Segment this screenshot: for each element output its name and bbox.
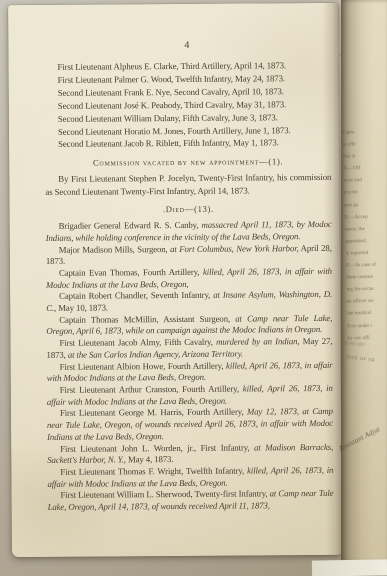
died-entry: First Lieutenant Thomas F. Wright, Twelf… — [47, 465, 333, 490]
adjacent-page-fragment: Fort under r — [347, 319, 387, 332]
adjacent-page-fragment: ly reported — [345, 246, 387, 259]
died-entry: First Lieutenant Jacob Almy, Fifth Caval… — [46, 336, 332, 361]
adjacent-page-edge: Captate effedial AII.—Offwise and(ructio… — [341, 0, 387, 562]
adjacent-page-fragment: tance, the — [345, 222, 387, 235]
adjacent-page-fragment: diate comma — [346, 271, 387, 284]
died-entry: Major Madison Mills, Surgeon, at Fort Co… — [46, 242, 332, 267]
adjacent-page-fragment: (ructio — [344, 186, 387, 199]
died-entry: First Lieutenant Albion Howe, Fourth Art… — [47, 359, 333, 384]
died-section-heading: .Died—(13). — [45, 203, 331, 215]
page-number: 4 — [44, 39, 330, 52]
died-entry: First Lieutenant Arthur Cranston, Fourth… — [47, 383, 333, 408]
adjacent-page-fragment: wise and — [343, 174, 387, 187]
adjacent-page-fragment: II.—In case of — [346, 258, 387, 271]
commission-paragraph: By First Lieutenant Stephen P. Jocelyn, … — [45, 171, 331, 198]
adjacent-page-fragment: II.—Off — [343, 162, 387, 175]
casualty-list-item: Second Lieutenant Jacob R. Riblett, Fift… — [45, 136, 331, 151]
died-entry: Captain Robert Chandler, Seventh Infantr… — [46, 289, 332, 314]
adjacent-page-fragment: the medical — [347, 307, 387, 320]
casualty-list-item: Second Lieutenant Horatio M. Jones, Four… — [45, 123, 331, 138]
page-content: 4 First Lieutenant Alpheus E. Clarke, Th… — [44, 39, 333, 514]
died-entry: First Lieutenant George M. Harris, Fourt… — [47, 406, 333, 443]
book-page: 4 First Lieutenant Alpheus E. Clarke, Th… — [8, 3, 342, 557]
adjacent-page-fragment: ing the occas — [346, 283, 387, 296]
adjacent-page-fragment-office: fice of th — [347, 354, 375, 363]
adjacent-page-fragment-adjutant: Assistant Adjut — [338, 426, 382, 453]
adjacent-page-fragment: II.—Accep — [344, 210, 387, 223]
died-entry: Captain Thomas McMillin, Assistant Surge… — [46, 313, 332, 338]
adjacent-page-fragment-any-officer: by any offic — [343, 341, 366, 348]
died-entries-list: Brigadier General Edward R. S. Canby, ma… — [46, 219, 334, 514]
adjacent-page-fragment: an officer aw — [347, 295, 387, 308]
died-entry: Captain Evan Thomas, Fourth Artillery, k… — [46, 266, 332, 291]
commission-section-heading: Commission vacated by new appointment—(1… — [45, 156, 331, 168]
died-entry: Brigadier General Edward R. S. Canby, ma… — [46, 219, 332, 244]
adjacent-page-fragment: dial A — [343, 150, 387, 163]
adjacent-page-fragment: appointed, — [345, 234, 387, 247]
casualty-list: First Lieutenant Alpheus E. Clarke, Thir… — [44, 59, 331, 151]
adjacent-page-text-fragments: Captate effedial AII.—Offwise and(ructio… — [342, 125, 387, 344]
died-entry: First Lieutenant William L. Sherwood, Tw… — [47, 488, 333, 513]
page-bottom-paper-edge — [312, 559, 387, 576]
adjacent-page-fragment: tent au — [344, 198, 387, 211]
scanned-book-photo: 4 First Lieutenant Alpheus E. Clarke, Th… — [0, 0, 387, 576]
died-entry: First Lieutenant John L. Worden, jr., Fi… — [47, 441, 333, 466]
